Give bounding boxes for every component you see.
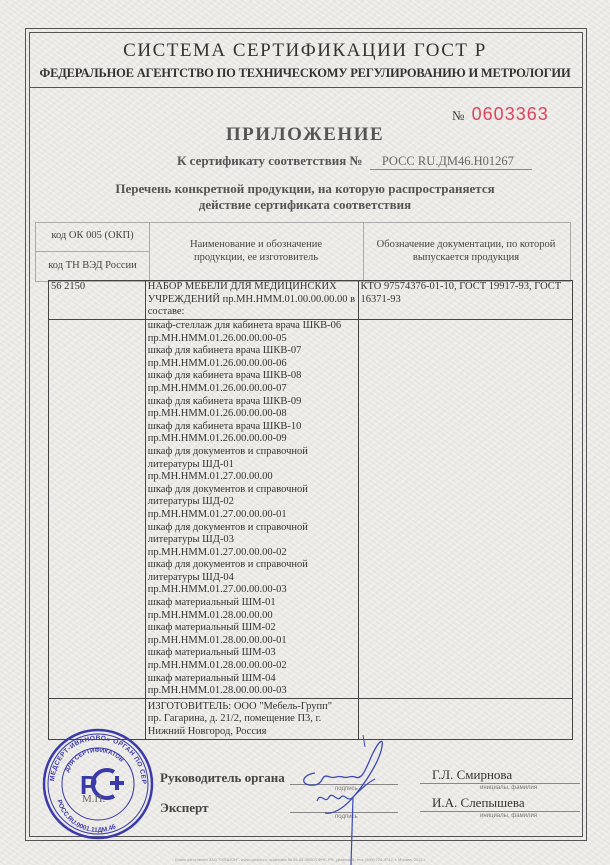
- header-product-name: Наименование и обозначение продукции, ее…: [171, 238, 341, 264]
- list-item: шкаф для кабинета врача ШКВ-09: [148, 396, 356, 409]
- list-item: пр.МН.НММ.01.26.00.00.00-08: [148, 408, 356, 421]
- cert-number: РОСС RU.ДМ46.Н01267: [370, 154, 532, 170]
- cell-documentation: [358, 698, 573, 739]
- serial-number-block: № 0603363: [452, 104, 549, 125]
- cell-product-name: НАБОР МЕБЕЛИ ДЛЯ МЕДИЦИНСКИХ УЧРЕЖДЕНИЙ …: [145, 281, 358, 320]
- list-item: шкаф для документов и справочной: [148, 446, 356, 459]
- expert-name-line: [420, 811, 580, 812]
- list-item: пр.МН.НММ.01.28.00.00.00-02: [148, 660, 356, 673]
- list-item: пр.МН.НММ.01.26.00.00.00-09: [148, 433, 356, 446]
- list-item: пр.МН.НММ.01.27.00.00.00-01: [148, 509, 356, 522]
- scope-line-1: Перечень конкретной продукции, на котору…: [0, 181, 610, 197]
- scope-line-2: действие сертификата соответствия: [0, 197, 610, 213]
- cell-code: [49, 320, 146, 699]
- list-item: пр.МН.НММ.01.28.00.00.00-03: [148, 685, 356, 698]
- list-item: шкаф для документов и справочной: [148, 559, 356, 572]
- expert-name: И.А. Слепышева: [432, 795, 525, 811]
- head-of-body-label: Руководитель органа: [160, 770, 285, 786]
- serial-number: 0603363: [472, 104, 549, 124]
- header-code-okp: код ОК 005 (ОКП): [36, 230, 149, 241]
- svg-text:М.П.: М.П.: [82, 793, 105, 805]
- list-item: литературы ШД-01: [148, 459, 356, 472]
- list-item: шкаф материальный ШМ-01: [148, 597, 356, 610]
- list-item: литературы ШД-04: [148, 572, 356, 585]
- scope-description: Перечень конкретной продукции, на котору…: [0, 181, 610, 213]
- list-item: шкаф для документов и справочной: [148, 522, 356, 535]
- cell-code: 56 2150: [49, 281, 146, 320]
- handwritten-signature-icon: [295, 735, 395, 865]
- cert-ref-label: К сертификату соответствия №: [177, 153, 363, 168]
- certification-stamp-icon: МЕДСЕРТ-ИВАНОВО» ОРГАН ПО СЕРТИФИКАЦИИ Д…: [40, 728, 156, 840]
- print-footer: Бланк изготовлен ЗАО "ОПЦИОН", www.opcio…: [175, 857, 426, 862]
- expert-label: Эксперт: [160, 800, 208, 816]
- head-name-line: [420, 783, 580, 784]
- header-code-tnved: код ТН ВЭД России: [36, 260, 149, 271]
- list-item: пр.МН.НММ.01.26.00.00.00-06: [148, 358, 356, 371]
- certificate-reference: К сертификату соответствия № РОСС RU.ДМ4…: [177, 153, 532, 170]
- annex-title: ПРИЛОЖЕНИЕ: [0, 124, 610, 146]
- list-item: пр.МН.НММ.01.27.00.00.00: [148, 471, 356, 484]
- serial-label: №: [452, 108, 464, 123]
- cell-documentation: КТО 97574376-01-10, ГОСТ 19917-93, ГОСТ …: [358, 281, 573, 320]
- table-header: код ОК 005 (ОКП) код ТН ВЭД России Наиме…: [35, 222, 571, 282]
- cell-documentation: [358, 320, 573, 699]
- list-item: шкаф материальный ШМ-04: [148, 673, 356, 686]
- list-item: шкаф для документов и справочной: [148, 484, 356, 497]
- list-item: пр.МН.НММ.01.26.00.00.00-07: [148, 383, 356, 396]
- list-item: шкаф материальный ШМ-02: [148, 622, 356, 635]
- expert-name-caption: инициалы, фамилия: [480, 813, 537, 819]
- table-row: шкаф-стеллаж для кабинета врача ШКВ-06 п…: [49, 320, 573, 699]
- list-item: шкаф материальный ШМ-03: [148, 647, 356, 660]
- product-table: 56 2150 НАБОР МЕБЕЛИ ДЛЯ МЕДИЦИНСКИХ УЧР…: [48, 280, 573, 740]
- list-item: шкаф для кабинета врача ШКВ-10: [148, 421, 356, 434]
- cell-product-list: шкаф-стеллаж для кабинета врача ШКВ-06 п…: [145, 320, 358, 699]
- table-row: 56 2150 НАБОР МЕБЕЛИ ДЛЯ МЕДИЦИНСКИХ УЧР…: [49, 281, 573, 320]
- head-name: Г.Л. Смирнова: [432, 767, 512, 783]
- header-documentation: Обозначение документации, по которой вып…: [376, 238, 556, 264]
- list-item: шкаф-стеллаж для кабинета врача ШКВ-06: [148, 320, 356, 333]
- list-item: шкаф для кабинета врача ШКВ-08: [148, 370, 356, 383]
- agency-title: ФЕДЕРАЛЬНОЕ АГЕНТСТВО ПО ТЕХНИЧЕСКОМУ РЕ…: [0, 66, 610, 81]
- list-item: пр.МН.НММ.01.27.00.00.00-02: [148, 547, 356, 560]
- manufacturer-line: ИЗГОТОВИТЕЛЬ: ООО "Мебель-Групп": [148, 701, 356, 714]
- header-divider: [29, 87, 582, 88]
- list-item: литературы ШД-02: [148, 496, 356, 509]
- system-title: СИСТЕМА СЕРТИФИКАЦИИ ГОСТ Р: [0, 40, 610, 62]
- list-item: литературы ШД-03: [148, 534, 356, 547]
- list-item: пр.МН.НММ.01.28.00.00.00-01: [148, 635, 356, 648]
- list-item: пр.МН.НММ.01.28.00.00.00: [148, 610, 356, 623]
- list-item: пр.МН.НММ.01.26.00.00.00-05: [148, 333, 356, 346]
- list-item: пр.МН.НММ.01.27.00.00.00-03: [148, 584, 356, 597]
- cell-manufacturer: ИЗГОТОВИТЕЛЬ: ООО "Мебель-Групп" пр. Гаг…: [145, 698, 358, 739]
- list-item: шкаф для кабинета врача ШКВ-07: [148, 345, 356, 358]
- manufacturer-line: пр. Гагарина, д. 21/2, помещение П3, г.: [148, 713, 356, 726]
- head-name-caption: инициалы, фамилия: [480, 785, 537, 791]
